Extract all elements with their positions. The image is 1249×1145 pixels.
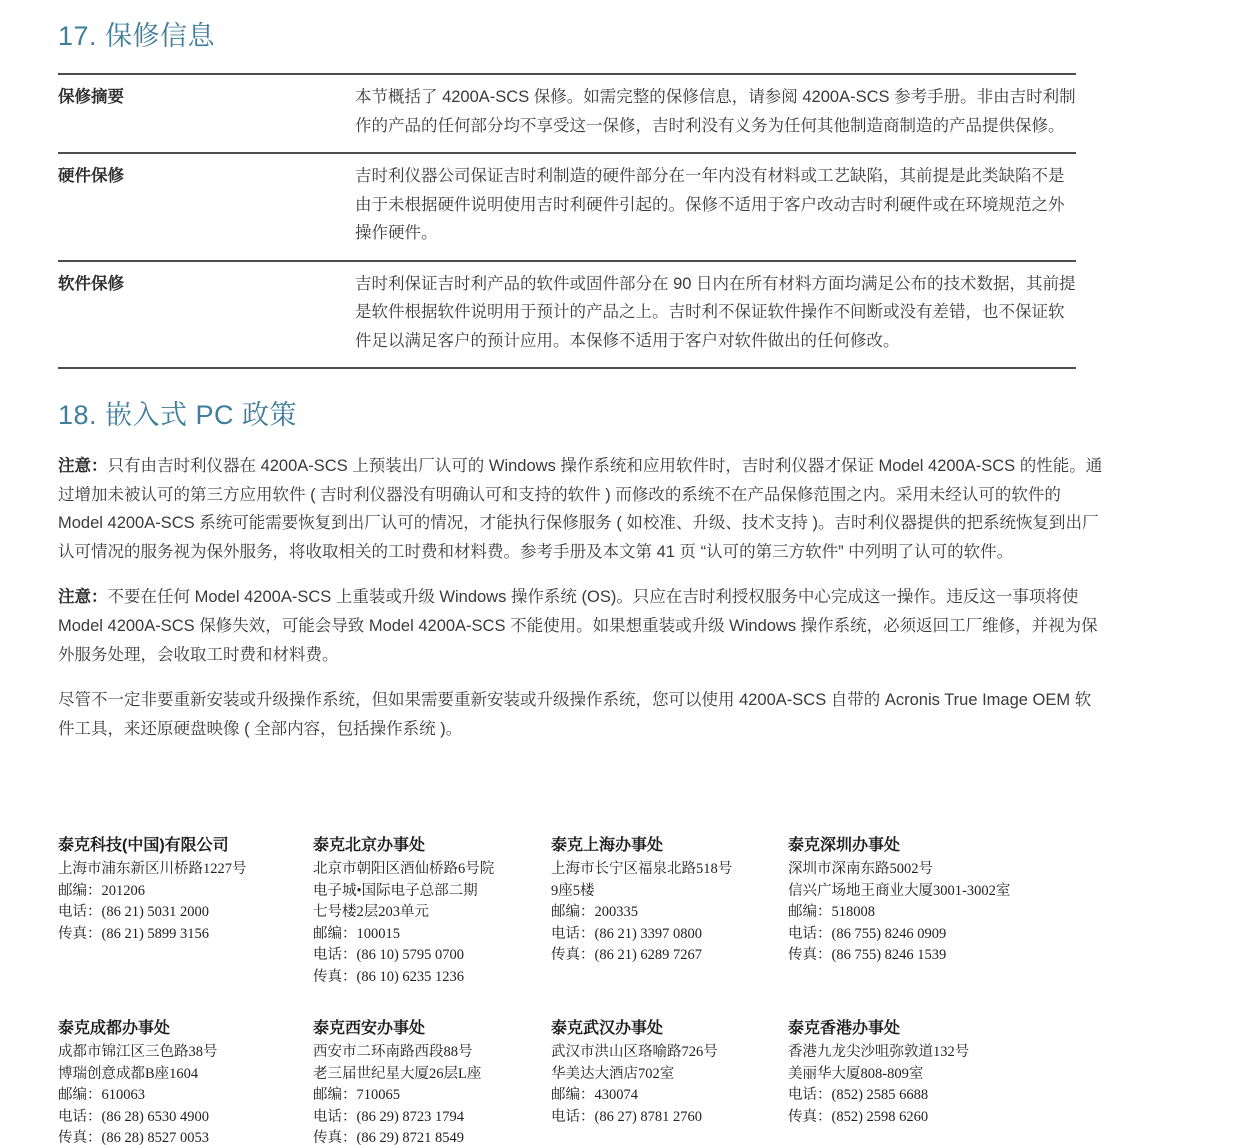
warranty-table: 保修摘要 本节概括了 4200A-SCS 保修。如需完整的保修信息，请参阅 42… xyxy=(58,73,1076,369)
table-row-software-warranty: 软件保修 吉时利保证吉时利产品的软件或固件部分在 90 日内在所有材料方面均满足… xyxy=(58,262,1076,370)
contact-zip-line: 邮编：200335 xyxy=(551,902,776,924)
contact-address-line: 武汉市洪山区珞喻路726号 xyxy=(551,1042,776,1064)
contact-fax-line: 传真：(86 10) 6235 1236 xyxy=(313,967,539,989)
contact-fax-line: 传真：(86 28) 8527 0053 xyxy=(58,1128,301,1145)
row-label: 软件保修 xyxy=(58,270,355,356)
contact-zip-line: 邮编：100015 xyxy=(313,924,539,946)
section-17-heading: 17. 保修信息 xyxy=(58,14,1249,53)
paragraph-restore-image: 尽管不一定非要重新安装或升级操作系统，但如果需要重新安装或升级操作系统，您可以使… xyxy=(58,686,1106,743)
note-text: 只有由吉时利仪器在 4200A-SCS 上预装出厂认可的 Windows 操作系… xyxy=(58,457,1102,561)
contact-phone-line: 电话：(86 755) 8246 0909 xyxy=(788,924,1036,946)
contact-address-line: 上海市长宁区福泉北路518号 xyxy=(551,859,776,881)
contact-fax-line: 传真：(86 29) 8721 8549 xyxy=(313,1128,539,1145)
table-row-hardware-warranty: 硬件保修 吉时利仪器公司保证吉时利制造的硬件部分在一年内没有材料或工艺缺陷，其前… xyxy=(58,154,1076,262)
contact-address-line: 华美达大酒店702室 xyxy=(551,1064,776,1086)
note-paragraph-2: 注意：不要在任何 Model 4200A-SCS 上重装或升级 Windows … xyxy=(58,583,1106,669)
contact-address-line: 成都市锦江区三色路38号 xyxy=(58,1042,301,1064)
section-18-heading: 18. 嵌入式 PC 政策 xyxy=(58,393,1249,432)
note-paragraph-1: 注意：只有由吉时利仪器在 4200A-SCS 上预装出厂认可的 Windows … xyxy=(58,452,1106,566)
contact-address-line: 深圳市深南东路5002号 xyxy=(788,859,1036,881)
contact-fax-line: 传真：(852) 2598 6260 xyxy=(788,1107,1036,1129)
contact-name: 泰克西安办事处 xyxy=(313,1018,539,1040)
row-label: 硬件保修 xyxy=(58,162,355,248)
contact-card-chengdu: 泰克成都办事处 成都市锦江区三色路38号 博瑞创意成都B座1604 邮编：610… xyxy=(58,1018,313,1145)
contact-address-line: 9座5楼 xyxy=(551,881,776,903)
contact-zip-line: 邮编：430074 xyxy=(551,1085,776,1107)
contact-address-line: 老三届世纪星大厦26层L座 xyxy=(313,1064,539,1086)
contact-card-shenzhen: 泰克深圳办事处 深圳市深南东路5002号 信兴广场地王商业大厦3001-3002… xyxy=(788,835,1048,988)
contact-zip-line: 邮编：710065 xyxy=(313,1085,539,1107)
note-lead: 注意： xyxy=(58,457,108,475)
contact-card-beijing: 泰克北京办事处 北京市朝阳区酒仙桥路6号院 电子城•国际电子总部二期 七号楼2层… xyxy=(313,835,551,988)
contact-name: 泰克成都办事处 xyxy=(58,1018,301,1040)
contact-name: 泰克科技(中国)有限公司 xyxy=(58,835,301,857)
contact-address-line: 七号楼2层203单元 xyxy=(313,902,539,924)
contact-name: 泰克北京办事处 xyxy=(313,835,539,857)
contact-address-line: 美丽华大厦808-809室 xyxy=(788,1064,1036,1086)
contact-zip-line: 邮编：201206 xyxy=(58,881,301,903)
contact-name: 泰克武汉办事处 xyxy=(551,1018,776,1040)
row-label: 保修摘要 xyxy=(58,83,355,140)
row-text: 吉时利保证吉时利产品的软件或固件部分在 90 日内在所有材料方面均满足公布的技术… xyxy=(355,270,1076,356)
contact-phone-line: 电话：(86 10) 5795 0700 xyxy=(313,945,539,967)
document-page: 17. 保修信息 保修摘要 本节概括了 4200A-SCS 保修。如需完整的保修… xyxy=(0,0,1249,1145)
contact-grid: 泰克科技(中国)有限公司 上海市浦东新区川桥路1227号 邮编：201206 电… xyxy=(58,835,1158,1145)
contact-card-hongkong: 泰克香港办事处 香港九龙尖沙咀弥敦道132号 美丽华大厦808-809室 电话：… xyxy=(788,1018,1048,1145)
table-row-warranty-summary: 保修摘要 本节概括了 4200A-SCS 保修。如需完整的保修信息，请参阅 42… xyxy=(58,75,1076,154)
contact-phone-line: 电话：(86 21) 5031 2000 xyxy=(58,902,301,924)
contact-name: 泰克香港办事处 xyxy=(788,1018,1036,1040)
page-content: 17. 保修信息 保修摘要 本节概括了 4200A-SCS 保修。如需完整的保修… xyxy=(0,0,1249,1145)
note-text: 不要在任何 Model 4200A-SCS 上重装或升级 Windows 操作系… xyxy=(58,588,1098,663)
contact-card-china-hq: 泰克科技(中国)有限公司 上海市浦东新区川桥路1227号 邮编：201206 电… xyxy=(58,835,313,988)
row-text: 吉时利仪器公司保证吉时利制造的硬件部分在一年内没有材料或工艺缺陷，其前提是此类缺… xyxy=(355,162,1076,248)
row-text: 本节概括了 4200A-SCS 保修。如需完整的保修信息，请参阅 4200A-S… xyxy=(355,83,1076,140)
paragraph-text: 尽管不一定非要重新安装或升级操作系统，但如果需要重新安装或升级操作系统，您可以使… xyxy=(58,691,1091,738)
contact-card-wuhan: 泰克武汉办事处 武汉市洪山区珞喻路726号 华美达大酒店702室 邮编：4300… xyxy=(551,1018,788,1145)
contact-fax-line: 传真：(86 21) 5899 3156 xyxy=(58,924,301,946)
contact-card-xian: 泰克西安办事处 西安市二环南路西段88号 老三届世纪星大厦26层L座 邮编：71… xyxy=(313,1018,551,1145)
contact-address-line: 博瑞创意成都B座1604 xyxy=(58,1064,301,1086)
contact-zip-line: 邮编：518008 xyxy=(788,902,1036,924)
contact-address-line: 信兴广场地王商业大厦3001-3002室 xyxy=(788,881,1036,903)
contact-phone-line: 电话：(86 21) 3397 0800 xyxy=(551,924,776,946)
contact-name: 泰克上海办事处 xyxy=(551,835,776,857)
contact-address-line: 北京市朝阳区酒仙桥路6号院 xyxy=(313,859,539,881)
contact-address-line: 西安市二环南路西段88号 xyxy=(313,1042,539,1064)
contact-card-shanghai: 泰克上海办事处 上海市长宁区福泉北路518号 9座5楼 邮编：200335 电话… xyxy=(551,835,788,988)
contact-fax-line: 传真：(86 21) 6289 7267 xyxy=(551,945,776,967)
contact-fax-line: 传真：(86 755) 8246 1539 xyxy=(788,945,1036,967)
contact-address-line: 香港九龙尖沙咀弥敦道132号 xyxy=(788,1042,1036,1064)
contact-name: 泰克深圳办事处 xyxy=(788,835,1036,857)
contact-zip-line: 邮编：610063 xyxy=(58,1085,301,1107)
contact-address-line: 电子城•国际电子总部二期 xyxy=(313,881,539,903)
contact-phone-line: 电话：(86 27) 8781 2760 xyxy=(551,1107,776,1129)
note-lead: 注意： xyxy=(58,588,108,606)
contact-phone-line: 电话：(86 28) 6530 4900 xyxy=(58,1107,301,1129)
contact-phone-line: 电话：(852) 2585 6688 xyxy=(788,1085,1036,1107)
contact-address-line: 上海市浦东新区川桥路1227号 xyxy=(58,859,301,881)
contact-phone-line: 电话：(86 29) 8723 1794 xyxy=(313,1107,539,1129)
